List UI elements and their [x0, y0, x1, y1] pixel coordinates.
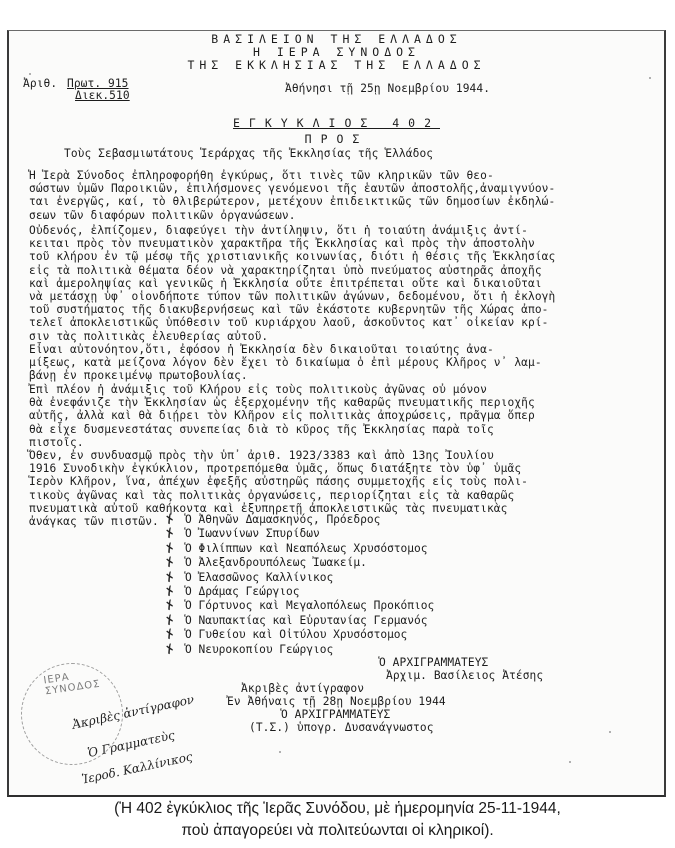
signatory: ✗Ὁ Ἐλασσῶνος Καλλίνικος — [185, 571, 434, 585]
copy-place-date: Ἐν Ἀθήναις τῇ 28ῃ Νοεμβρίου 1944 — [227, 695, 446, 708]
scan-speck — [609, 731, 611, 733]
line: τικοὺς ἀγῶνας καὶ τὰς πολιτικὰς ὀργανώσε… — [29, 489, 649, 502]
signatory: ✗Ὁ Δράμας Γεώργιος — [185, 585, 434, 599]
line: αὐτῆς, ἀλλὰ καὶ θὰ διῄρει τὸν Κλῆρον εἰς… — [29, 409, 649, 422]
diekp-number: Διεκ.510 — [75, 89, 130, 102]
caption-line-2: ποὺ ἀπαγορεύει νὰ πολιτεύωνται οἱ κληρικ… — [0, 820, 675, 842]
signatory: ✗Ὁ Ἰωαννίνων Σπυρίδων — [185, 527, 434, 541]
signatory-name: Ὁ Ἀθηνῶν Δαμασκηνός, Πρόεδρος — [185, 513, 380, 526]
scan-speck — [569, 761, 571, 763]
paragraph-2: Οὐδενός, ἐλπίζομεν, διαφεύγει τὴν ἀντίλη… — [29, 224, 649, 343]
scan-speck — [649, 77, 651, 79]
signatory: ✗Ὁ Ναυπακτίας καὶ Εὐρυτανίας Γερμανός — [185, 614, 434, 628]
signatory-name: Ὁ Γυθείου καὶ Οἰτύλου Χρυσόστομος — [185, 628, 407, 641]
stamp-text: ΙΕΡΑ ΣΥΝΟΔΟΣ — [43, 665, 123, 698]
signatory: ✗Ὁ Φιλίππων καὶ Νεαπόλεως Χρυσόστομος — [185, 542, 434, 556]
line: Ἐπὶ πλέον ἡ ἀνάμιξις τοῦ Κλήρου εἰς τοὺς… — [29, 383, 649, 396]
caption-line-1: (Ἡ 402 ἐγκύκλιος τῆς Ἱερᾶς Συνόδου, μὲ ἡ… — [0, 798, 675, 820]
scan-speck — [29, 73, 31, 75]
copy-certified: Ἀκριβὲς ἀντίγραφον — [241, 682, 364, 695]
signatory-name: Ὁ Ἀλεξανδρουπόλεως Ἰωακείμ. — [185, 556, 367, 569]
signatories-list: ✗Ὁ Ἀθηνῶν Δαμασκηνός, Πρόεδρος ✗Ὁ Ἰωαννί… — [185, 513, 434, 657]
line: θὰ εἶχε δυσμενεστάτας συνεπείας διὰ τὸ κ… — [29, 423, 649, 436]
copy-secretary-title: Ὁ ΑΡΧΙΓΡΑΜΜΑΤΕΥΣ — [281, 708, 390, 721]
place-date: Ἀθήνησι τῇ 25ῃ Νοεμβρίου 1944. — [285, 82, 490, 95]
signatory-name: Ὁ Νευροκοπίου Γεώργιος — [185, 643, 333, 656]
secretary-name: Ἀρχιμ. Βασίλειος Ἀτέσης — [386, 669, 543, 682]
line: πιστοῖς. — [29, 436, 649, 449]
paragraph-4: Ἐπὶ πλέον ἡ ἀνάμιξις τοῦ Κλήρου εἰς τοὺς… — [29, 383, 649, 449]
paragraph-1: Ἡ Ἱερὰ Σύνοδος ἐπληροφορήθη ἐγκύρως, ὅτι… — [29, 169, 649, 222]
line: 1916 Συνοδικὴν ἐγκύκλιον, προτρεπόμεθα ὑ… — [29, 462, 649, 475]
line: σεων τῶν διαφόρων πολιτικῶν ὀργανώσεων. — [29, 209, 649, 222]
addressee: Τοὺς Σεβασμιωτάτους Ἱεράρχας τῆς Ἐκκλησί… — [64, 147, 433, 160]
line: τοῦ συστήματος τῆς διακυβερνήσεως καὶ τῶ… — [29, 303, 649, 316]
line: κειται πρὸς τὸν πνευματικὸν χαρακτῆρα τῆ… — [29, 237, 649, 250]
line: Ἱερὸν Κλῆρον, ἵνα, ἀπέχων ἐφεξῆς αὐστηρῶ… — [29, 475, 649, 488]
line: Ἡ Ἱερὰ Σύνοδος ἐπληροφορήθη ἐγκύρως, ὅτι… — [29, 169, 649, 182]
line: Ὅθεν, ἐν συνδυασμῷ πρὸς τὴν ὑπ᾽ ἀριθ. 19… — [29, 449, 649, 462]
signatory-name: Ὁ Ναυπακτίας καὶ Εὐρυτανίας Γερμανός — [185, 614, 427, 627]
scanned-document: ΒΑΣΙΛΕΙΟΝ ΤΗΣ ΕΛΛΑΔΟΣ Η ΙΕΡΑ ΣΥΝΟΔΟΣ ΤΗΣ… — [7, 30, 666, 797]
signatory-name: Ὁ Ἐλασσῶνος Καλλίνικος — [185, 571, 333, 584]
paragraph-3: Εἶναι αὐτονόητον,ὅτι, ἐφόσον ἡ Ἐκκλησία … — [29, 343, 649, 383]
line: τοῦ κλήρου ἐν τῷ μέσῳ τῆς χριστιανικῆς κ… — [29, 250, 649, 263]
line: τελεῖ ἀποκλειστικῶς ὑπόθεσιν τοῦ κυριάρχ… — [29, 316, 649, 329]
line: ται ἐνεργῶς, καί, τὸ θλιβερώτερον, μετέχ… — [29, 195, 649, 208]
figure-caption: (Ἡ 402 ἐγκύκλιος τῆς Ἱερᾶς Συνόδου, μὲ ἡ… — [0, 798, 675, 842]
copy-signature-note: (Τ.Σ.) ὑπογρ. Δυσανάγνωστος — [249, 721, 434, 734]
reference-label: Ἀριθ. — [23, 77, 57, 90]
signatory-name: Ὁ Δράμας Γεώργιος — [185, 585, 300, 598]
line: νὰ μετάσχῃ ὑφ᾽ οἱονδήποτε τύπον τῶν πολι… — [29, 290, 649, 303]
signatory: ✗Ὁ Γόρτυνος καὶ Μεγαλοπόλεως Προκόπιος — [185, 599, 434, 613]
signatory-name: Ὁ Ἰωαννίνων Σπυρίδων — [185, 527, 320, 540]
scan-speck — [279, 751, 281, 753]
line: σώστων ὑμῶν Παροικιῶν, ἐπιλήσμονες γενόμ… — [29, 182, 649, 195]
header-church: ΤΗΣ ΕΚΚΛΗΣΙΑΣ ΤΗΣ ΕΛΛΑΔΟΣ — [9, 59, 664, 72]
signatory: ✗Ὁ Ἀθηνῶν Δαμασκηνός, Πρόεδρος — [185, 513, 434, 527]
line: εἰς τὰ πολιτικὰ θέματα δέον νὰ χαρακτηρί… — [29, 264, 649, 277]
line: βάνῃ ἐν προκειμένῳ πρωτοβουλίας. — [29, 369, 649, 382]
signatory: ✗Ὁ Ἀλεξανδρουπόλεως Ἰωακείμ. — [185, 556, 434, 570]
signatory: ✗Ὁ Νευροκοπίου Γεώργιος — [185, 643, 434, 657]
signatory-name: Ὁ Γόρτυνος καὶ Μεγαλοπόλεως Προκόπιος — [185, 599, 434, 612]
line: μίξεως, κατὰ μείζονα λόγον δὲν ἔχει τὸ δ… — [29, 356, 649, 369]
signatory-name: Ὁ Φιλίππων καὶ Νεαπόλεως Χρυσόστομος — [185, 542, 427, 555]
secretary-title: Ὁ ΑΡΧΙΓΡΑΜΜΑΤΕΥΣ — [379, 656, 488, 669]
signatory: ✗Ὁ Γυθείου καὶ Οἰτύλου Χρυσόστομος — [185, 628, 434, 642]
line: Εἶναι αὐτονόητον,ὅτι, ἐφόσον ἡ Ἐκκλησία … — [29, 343, 649, 356]
handwritten-check-icon: ✗ — [162, 640, 178, 657]
line: θὰ ἐνεφάνιζε τὴν Ἐκκλησίαν ὡς ἐξερχομένη… — [29, 396, 649, 409]
line: σιν τὰς πολιτικὰς ἐλευθερίας αὐτοῦ. — [29, 330, 649, 343]
to-label: ΠΡΟΣ — [9, 133, 664, 146]
circular-title: ΕΓΚΥΚΛΙΟΣ 402 — [9, 117, 664, 130]
line: καὶ ἀμεροληψίας καὶ γενικῶς ἡ Ἐκκλησία ο… — [29, 277, 649, 290]
line: Οὐδενός, ἐλπίζομεν, διαφεύγει τὴν ἀντίλη… — [29, 224, 649, 237]
